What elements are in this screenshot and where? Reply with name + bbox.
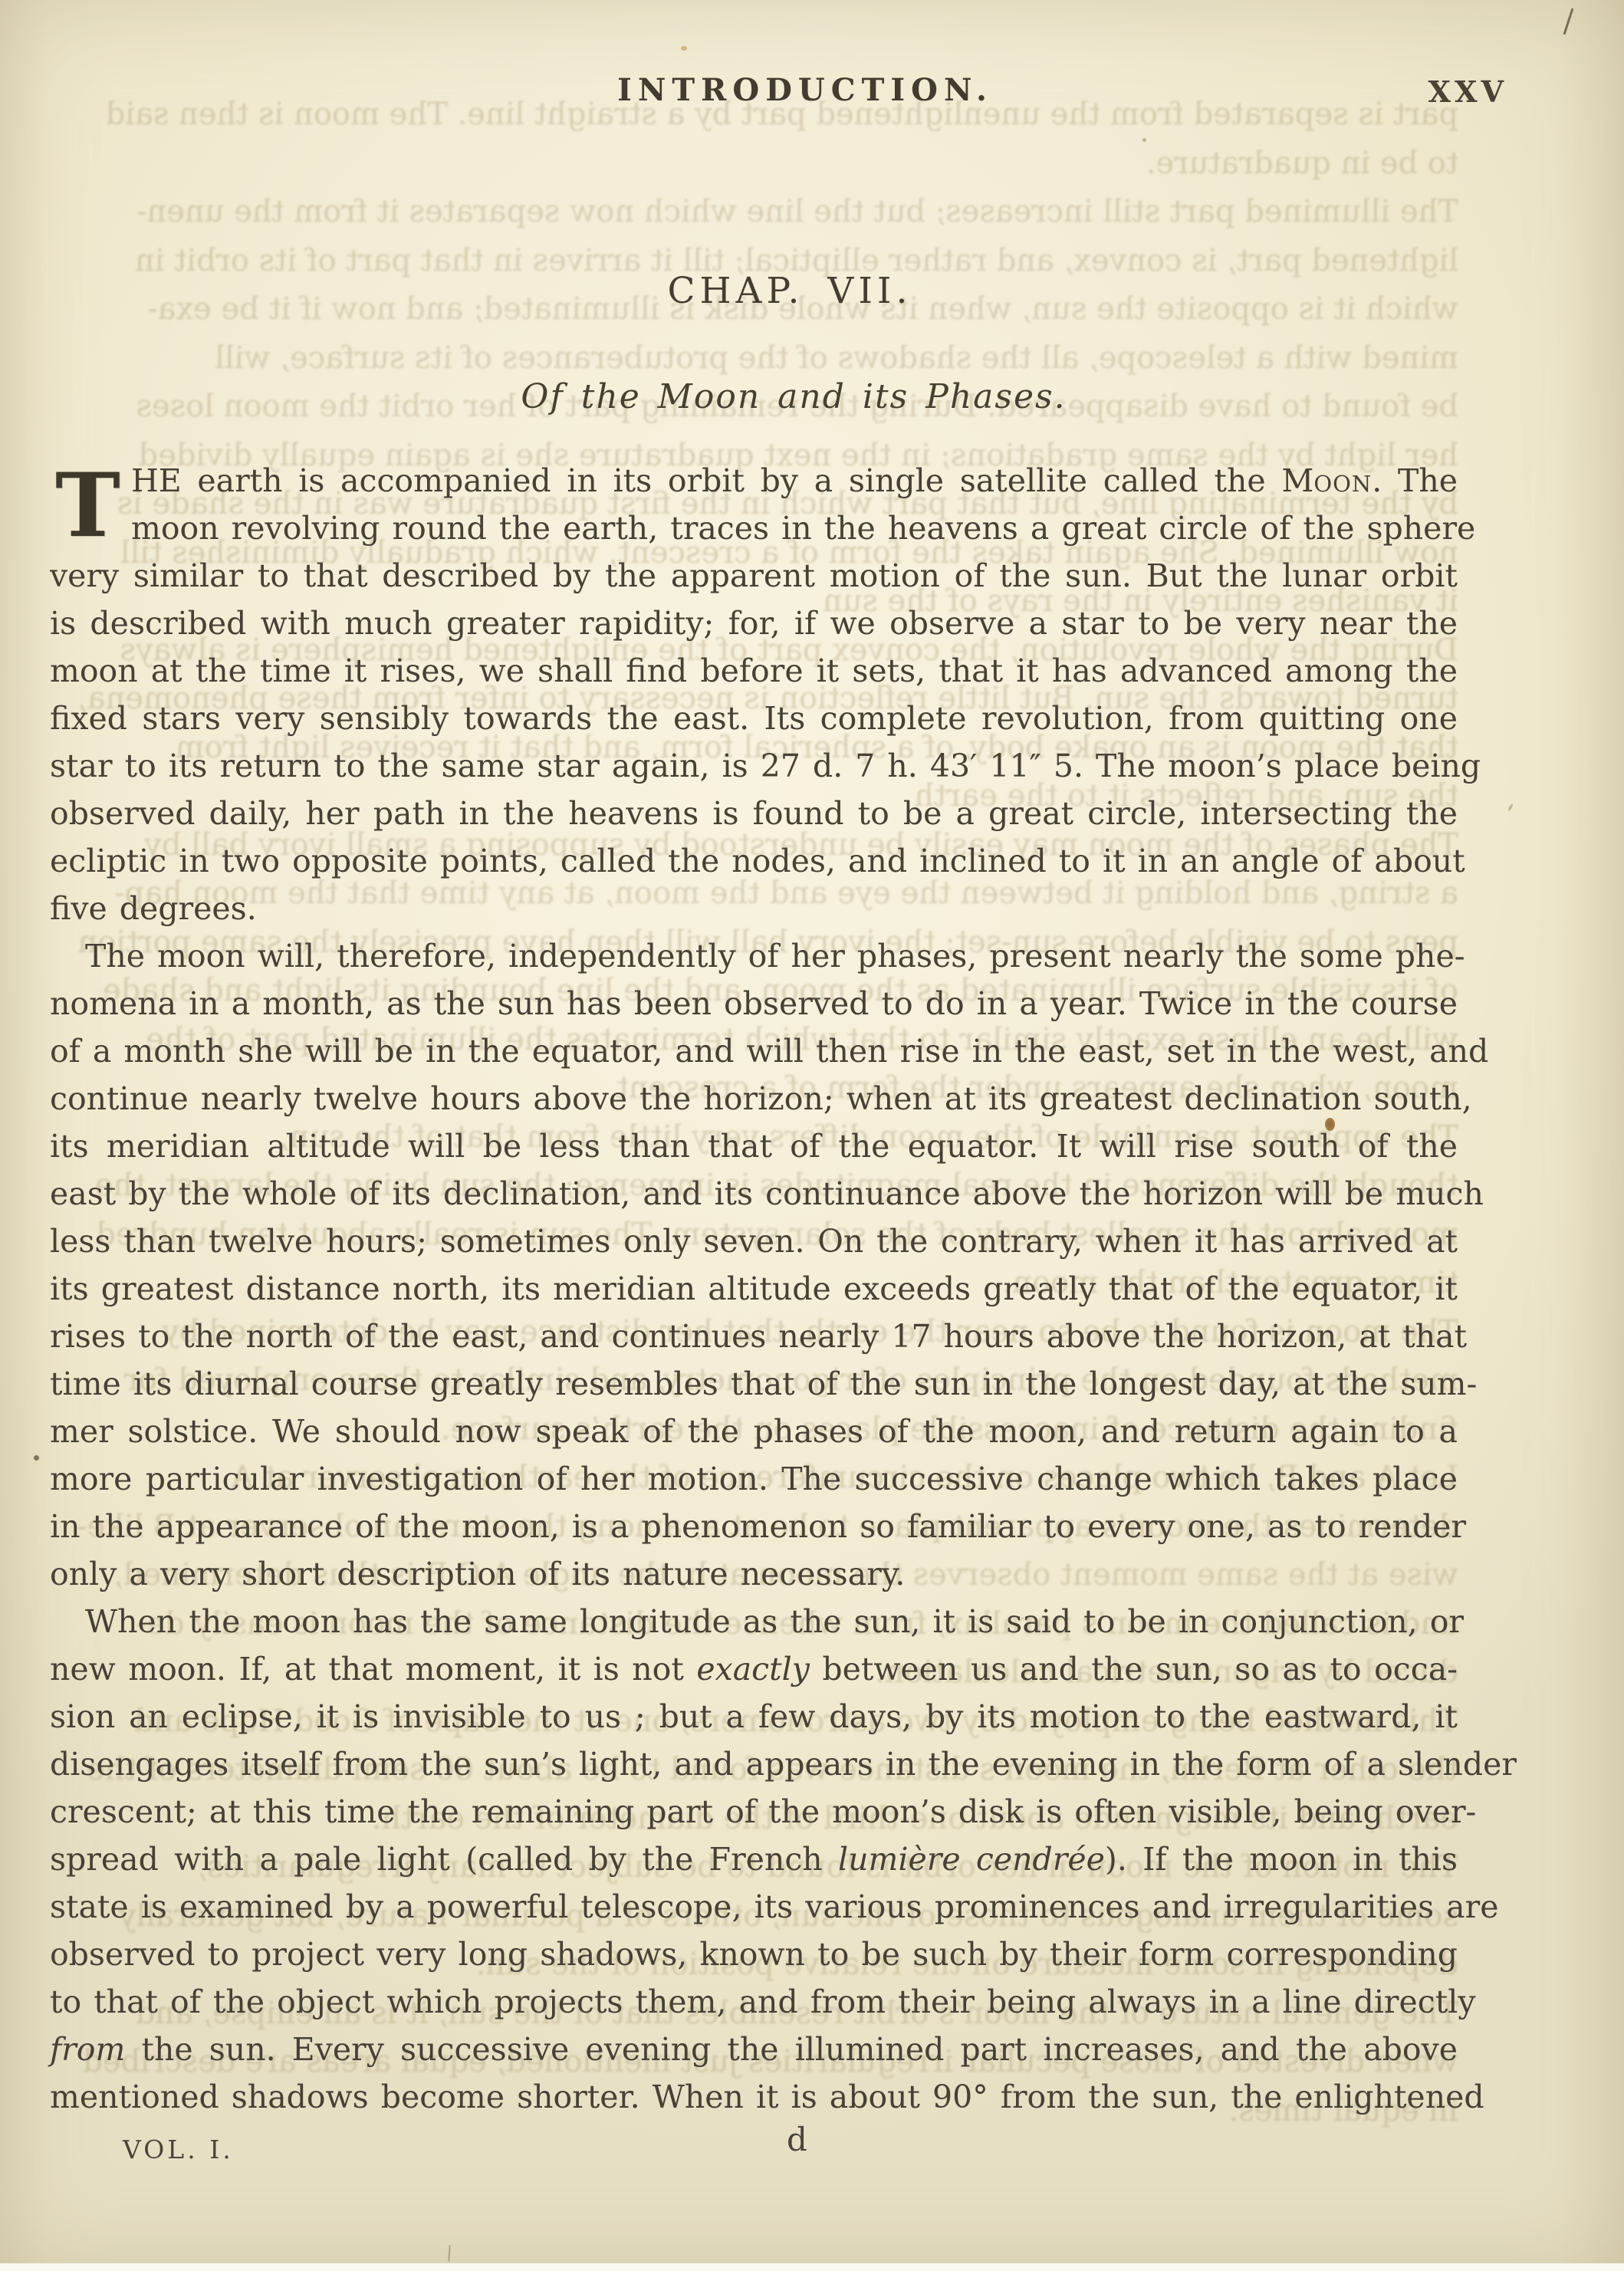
body-line: mer solstice. We should now speak of the…: [50, 1408, 1458, 1455]
body-line: only a very short description of its nat…: [50, 1550, 1458, 1598]
paper-speck: [681, 46, 687, 51]
bleedthrough-line: mined with a telescope, all the shadows …: [48, 334, 1458, 382]
body-line: of a month she will be in the equator, a…: [50, 1027, 1458, 1075]
body-line: sion an eclipse, it is invisible to us ;…: [50, 1693, 1458, 1740]
body-line: disengages itself from the sun’s light, …: [50, 1740, 1458, 1788]
signature-mark: d: [787, 2121, 807, 2158]
volume-label: VOL. I.: [123, 2135, 234, 2164]
body-line: more particular investigation of her mot…: [50, 1455, 1458, 1503]
bleedthrough-line: The illumined part still increases; but …: [48, 188, 1458, 235]
page-number: XXV: [1428, 74, 1507, 109]
body-line: observed daily, her path in the heavens …: [50, 790, 1458, 837]
body-line: very similar to that described by the ap…: [50, 552, 1458, 600]
body-line: its greatest distance north, its meridia…: [50, 1265, 1458, 1313]
paper-speck: [1142, 138, 1146, 142]
body-line: observed to project very long shadows, k…: [50, 1931, 1458, 1978]
body-line: moon revolving round the earth, traces i…: [50, 504, 1458, 552]
running-head-title: INTRODUCTION.: [0, 72, 1610, 108]
body-line: time its diurnal course greatly resemble…: [50, 1360, 1458, 1408]
body-line: rises to the north of the east, and cont…: [50, 1313, 1458, 1360]
paper-fibre: [448, 2245, 451, 2262]
body-line: moon at the time it rises, we shall find…: [50, 647, 1458, 695]
body-text: HE earth is accompanied in its orbit by …: [50, 457, 1458, 2121]
scan-edge: [0, 2263, 1624, 2271]
body-line: less than twelve hours; sometimes only s…: [50, 1218, 1458, 1265]
body-line: its meridian altitude will be less than …: [50, 1122, 1458, 1170]
body-line: to that of the object which projects the…: [50, 1978, 1458, 2026]
body-line: five degrees.: [50, 885, 1458, 932]
body-line: is described with much greater rapidity;…: [50, 600, 1458, 647]
body-line: The moon will, therefore, independently …: [50, 932, 1458, 980]
body-line: east by the whole of its declination, an…: [50, 1170, 1458, 1218]
chapter-subtitle: Of the Moon and its Phases.: [0, 377, 1587, 416]
paper-speck: [1507, 804, 1514, 812]
body-line: in the appearance of the moon, is a phen…: [50, 1503, 1458, 1550]
scanned-book-page: part is separated from the unenlightened…: [0, 0, 1624, 2271]
bleedthrough-line: to be in quadrature.: [48, 140, 1458, 187]
body-line: crescent; at this time the remaining par…: [50, 1788, 1458, 1836]
body-line: from the sun. Every successive evening t…: [50, 2026, 1458, 2073]
body-line: HE earth is accompanied in its orbit by …: [50, 457, 1458, 504]
body-line: continue nearly twelve hours above the h…: [50, 1075, 1458, 1122]
body-line: spread with a pale light (called by the …: [50, 1836, 1458, 1883]
body-line: star to its return to the same star agai…: [50, 742, 1458, 790]
scan-mark: [1563, 8, 1574, 35]
chapter-heading: CHAP. VII.: [0, 270, 1580, 312]
body-line: ecliptic in two opposite points, called …: [50, 837, 1458, 885]
body-line: fixed stars very sensibly towards the ea…: [50, 695, 1458, 742]
body-line: new moon. If, at that moment, it is not …: [50, 1645, 1458, 1693]
margin-dot: [34, 1455, 39, 1461]
body-line: state is examined by a powerful telescop…: [50, 1883, 1458, 1931]
body-line: nomena in a month, as the sun has been o…: [50, 980, 1458, 1027]
body-line: When the moon has the same longitude as …: [50, 1598, 1458, 1645]
body-line: mentioned shadows become shorter. When i…: [50, 2073, 1458, 2121]
